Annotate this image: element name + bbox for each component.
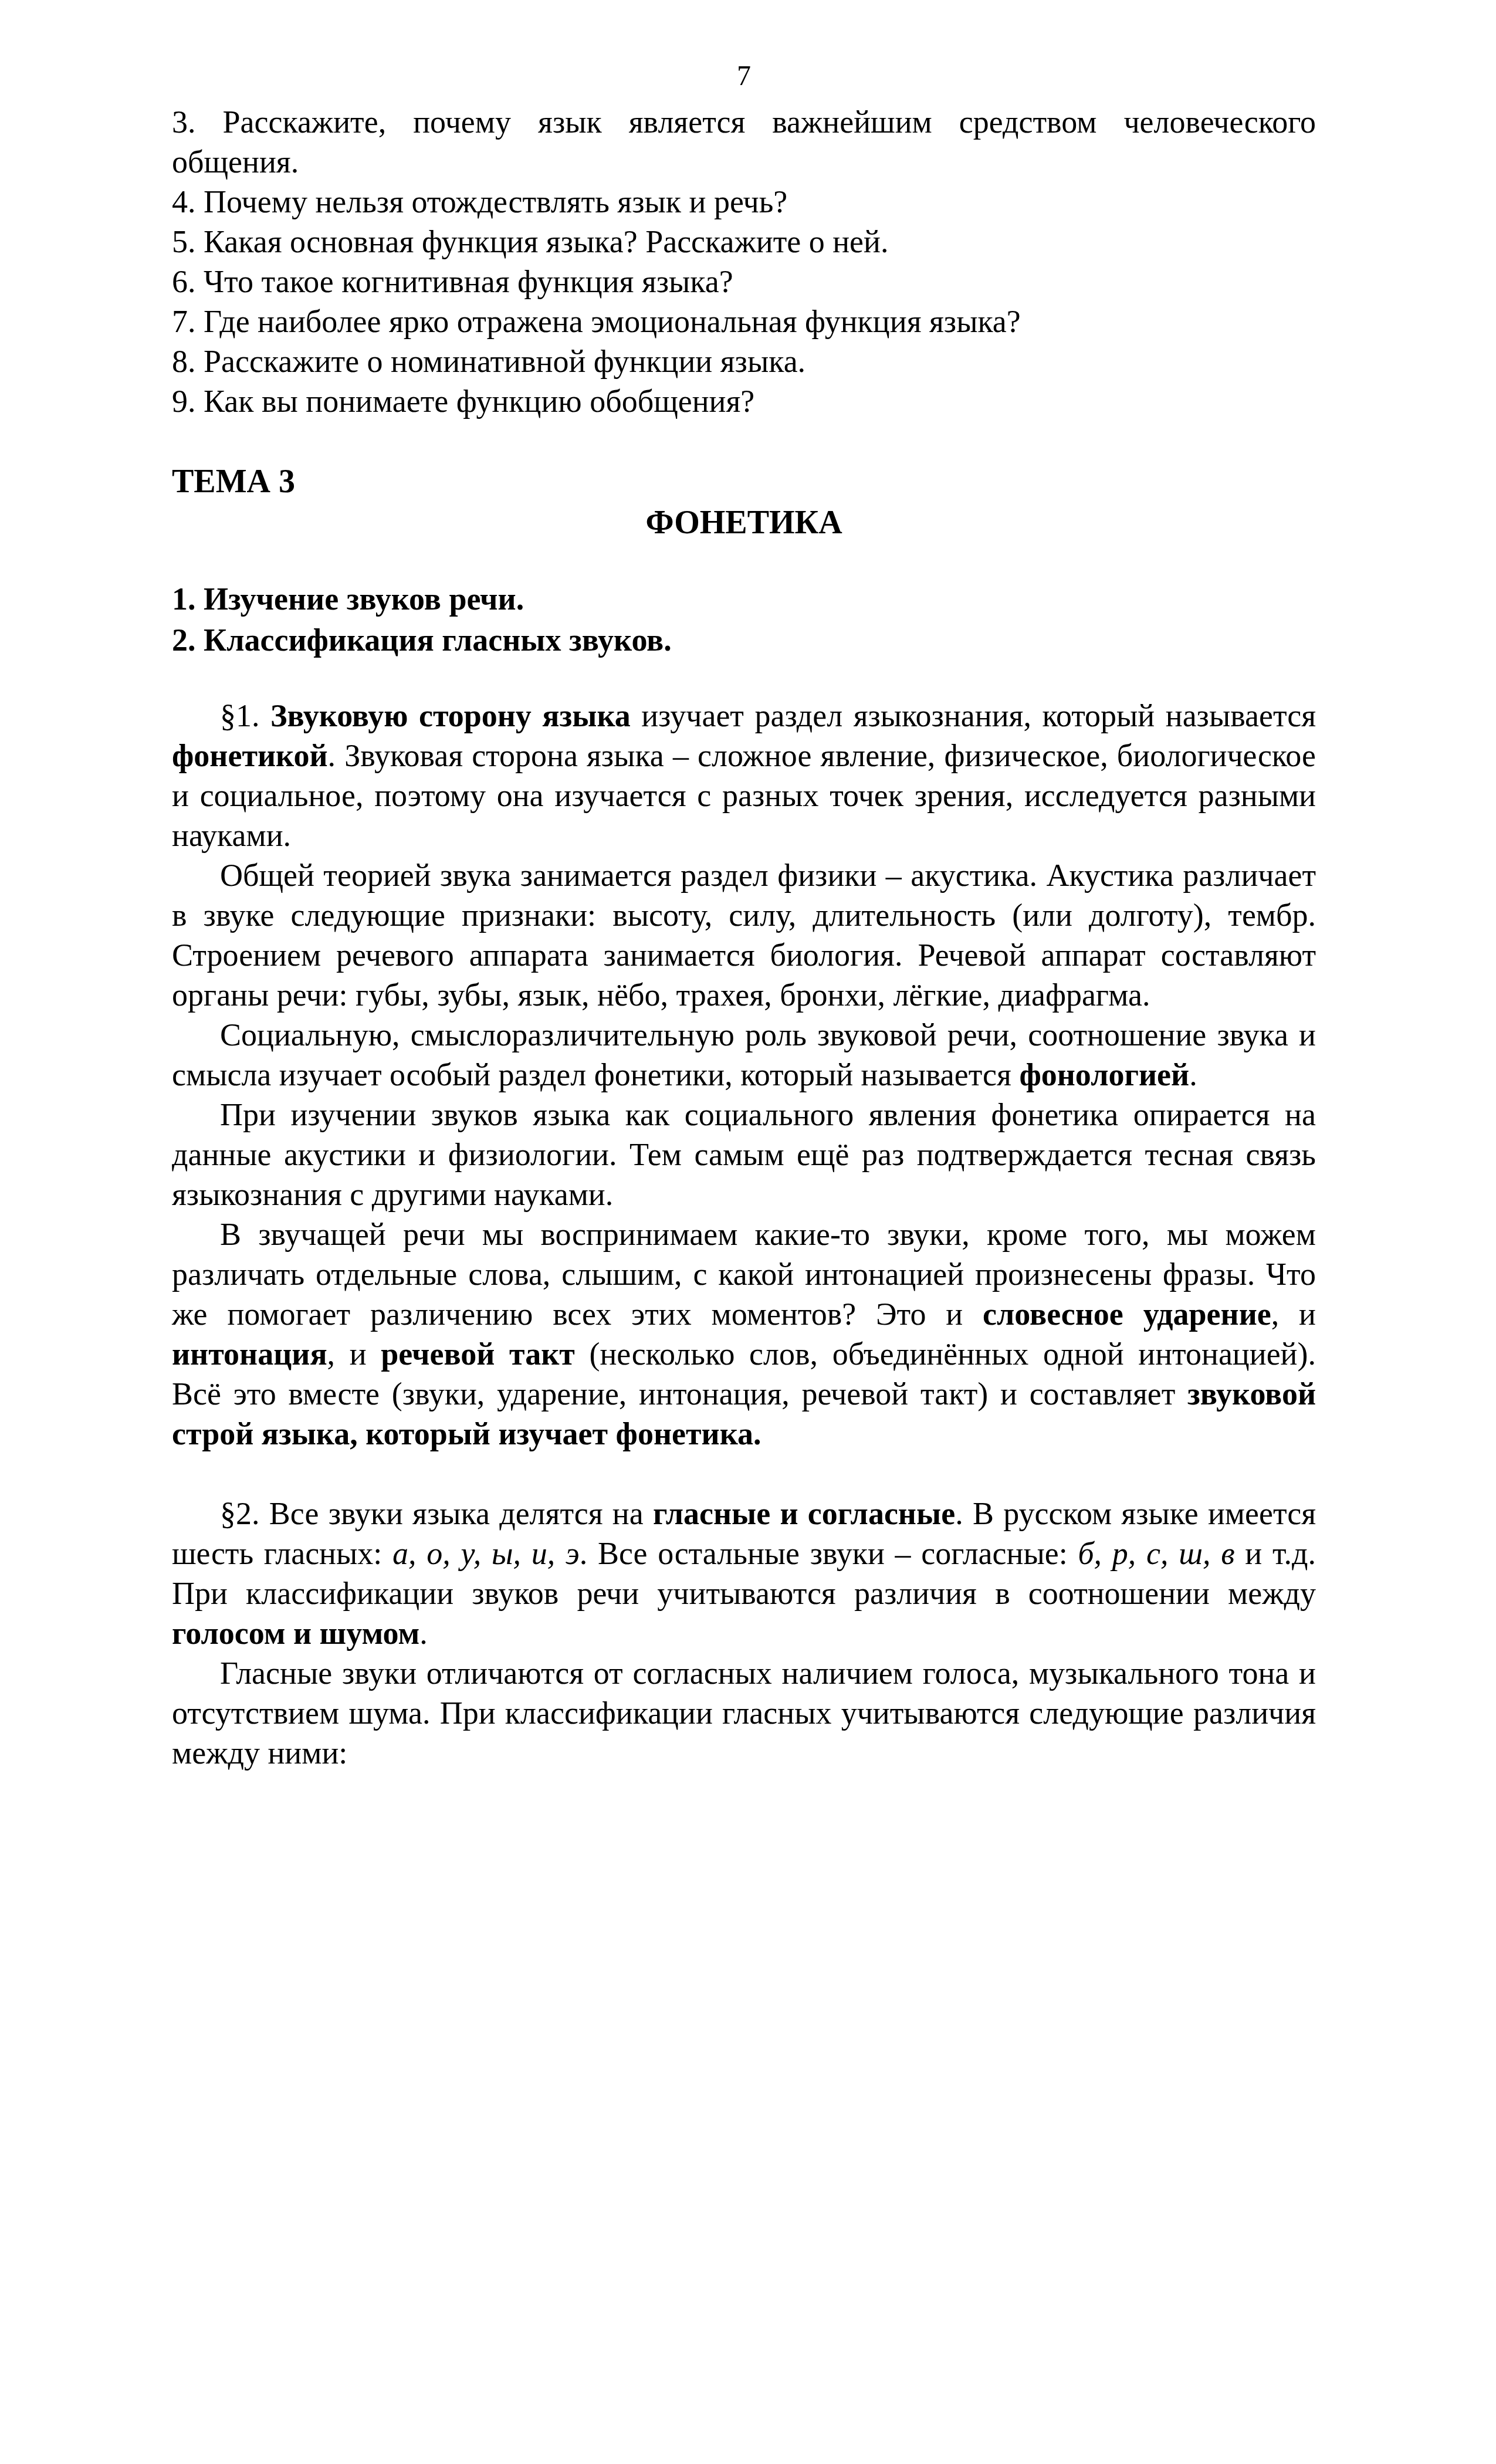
theme-heading: ТЕМА 3 xyxy=(172,461,1316,502)
body-paragraph: При изучении звуков языка как социальног… xyxy=(172,1095,1316,1214)
document-page: 7 3. Расскажите, почему язык является ва… xyxy=(0,0,1496,2464)
section-title: ФОНЕТИКА xyxy=(172,502,1316,543)
question-item-8: 8. Расскажите о номинативной функции язы… xyxy=(172,341,1316,381)
question-item-6: 6. Что такое когнитивная функция языка? xyxy=(172,262,1316,302)
section-outline: 1. Изучение звуков речи. 2. Классификаци… xyxy=(172,578,1316,661)
body-paragraph: §1. Звуковую сторону языка изучает разде… xyxy=(172,696,1316,855)
body-paragraph: Социальную, смыслоразличительную роль зв… xyxy=(172,1015,1316,1095)
question-item-7: 7. Где наиболее ярко отражена эмоциональ… xyxy=(172,302,1316,341)
page-number: 7 xyxy=(172,60,1316,93)
body-paragraph: Общей теорией звука занимается раздел фи… xyxy=(172,855,1316,1015)
question-item-3: 3. Расскажите, почему язык является важн… xyxy=(172,102,1316,182)
body-paragraph: Гласные звуки отличаются от согласных на… xyxy=(172,1653,1316,1773)
question-list: 3. Расскажите, почему язык является важн… xyxy=(172,102,1316,421)
question-item-4: 4. Почему нельзя отождествлять язык и ре… xyxy=(172,182,1316,222)
body-paragraph: §2. Все звуки языка делятся на гласные и… xyxy=(172,1494,1316,1653)
outline-item-2: 2. Классификация гласных звуков. xyxy=(172,620,1316,661)
question-item-9: 9. Как вы понимаете функцию обобщения? xyxy=(172,381,1316,421)
body-paragraph: В звучащей речи мы воспринимаем какие-то… xyxy=(172,1214,1316,1454)
outline-item-1: 1. Изучение звуков речи. xyxy=(172,578,1316,620)
body-text: §1. Звуковую сторону языка изучает разде… xyxy=(172,696,1316,1773)
question-item-5: 5. Какая основная функция языка? Расскаж… xyxy=(172,222,1316,262)
